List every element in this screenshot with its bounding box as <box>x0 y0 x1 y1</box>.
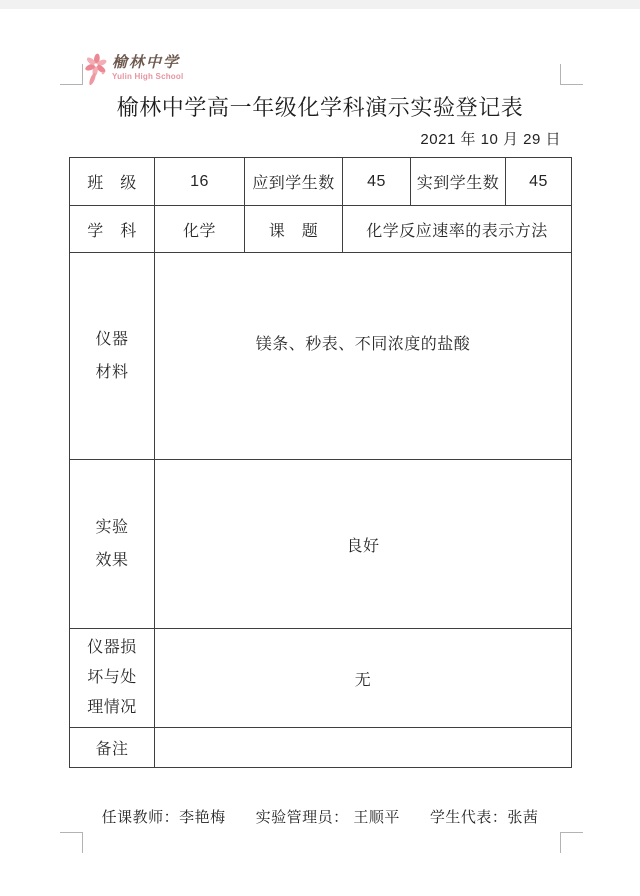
actual-students-label: 实到学生数 <box>411 158 506 206</box>
subject-label: 学 科 <box>70 206 155 253</box>
topic-label: 课 题 <box>245 206 343 253</box>
equipment-damage-value: 无 <box>155 629 572 728</box>
margin-corner-mark-bottom-right <box>560 832 583 853</box>
remark-value <box>155 728 572 768</box>
school-logo: 榆林中学 Yulin High School <box>84 53 183 87</box>
student-signature: 学生代表：张茜 <box>430 806 539 830</box>
table-row: 仪器损 坏与处 理情况 无 <box>70 629 572 728</box>
equipment-materials-value-cell: 镁条、秒表、不同浓度的盐酸 <box>155 253 572 460</box>
damage-label-line: 理情况 <box>70 693 154 723</box>
table-row: 实验 效果 良好 <box>70 460 572 629</box>
margin-corner-mark-top-right <box>560 64 583 85</box>
damage-label-line: 坏与处 <box>70 663 154 693</box>
equipment-damage-label: 仪器损 坏与处 理情况 <box>70 629 155 728</box>
expected-students-value: 45 <box>343 158 411 206</box>
manager-signature: 实验管理员： 王顺平 <box>256 806 400 830</box>
form-title: 榆林中学高一年级化学科演示实验登记表 <box>0 93 640 123</box>
experiment-effect-value: 良好 <box>155 460 572 629</box>
class-label: 班 级 <box>70 158 155 206</box>
subject-value: 化学 <box>155 206 245 253</box>
equipment-materials-label: 仪器 材料 <box>70 253 155 460</box>
school-name-cn: 榆林中学 <box>112 55 183 72</box>
margin-corner-mark-top-left <box>60 64 83 85</box>
topic-value: 化学反应速率的表示方法 <box>343 206 572 253</box>
flower-logo-icon <box>84 53 108 87</box>
registration-table: 班 级 16 应到学生数 45 实到学生数 45 学 科 化学 课 题 化学反应… <box>69 157 572 768</box>
table-row: 备注 <box>70 728 572 768</box>
remark-label: 备注 <box>70 728 155 768</box>
experiment-effect-label: 实验 效果 <box>70 460 155 629</box>
equipment-label-line: 材料 <box>70 356 154 389</box>
top-strip <box>0 0 640 9</box>
expected-students-label: 应到学生数 <box>245 158 343 206</box>
effect-label-line: 实验 <box>70 511 154 544</box>
signature-row: 任课教师：李艳梅 实验管理员： 王顺平 学生代表：张茜 <box>0 806 640 830</box>
effect-label-line: 效果 <box>70 544 154 577</box>
table-row: 学 科 化学 课 题 化学反应速率的表示方法 <box>70 206 572 253</box>
class-value: 16 <box>155 158 245 206</box>
school-name-en: Yulin High School <box>112 72 183 82</box>
teacher-signature: 任课教师：李艳梅 <box>102 806 226 830</box>
table-row: 班 级 16 应到学生数 45 实到学生数 45 <box>70 158 572 206</box>
equipment-label-line: 仪器 <box>70 323 154 356</box>
form-date: 2021 年 10 月 29 日 <box>420 130 561 150</box>
table-row: 仪器 材料 镁条、秒表、不同浓度的盐酸 <box>70 253 572 460</box>
equipment-materials-value: 镁条、秒表、不同浓度的盐酸 <box>155 331 571 354</box>
actual-students-value: 45 <box>506 158 572 206</box>
damage-label-line: 仪器损 <box>70 633 154 663</box>
school-logo-text: 榆林中学 Yulin High School <box>112 53 183 82</box>
margin-corner-mark-bottom-left <box>60 832 83 853</box>
